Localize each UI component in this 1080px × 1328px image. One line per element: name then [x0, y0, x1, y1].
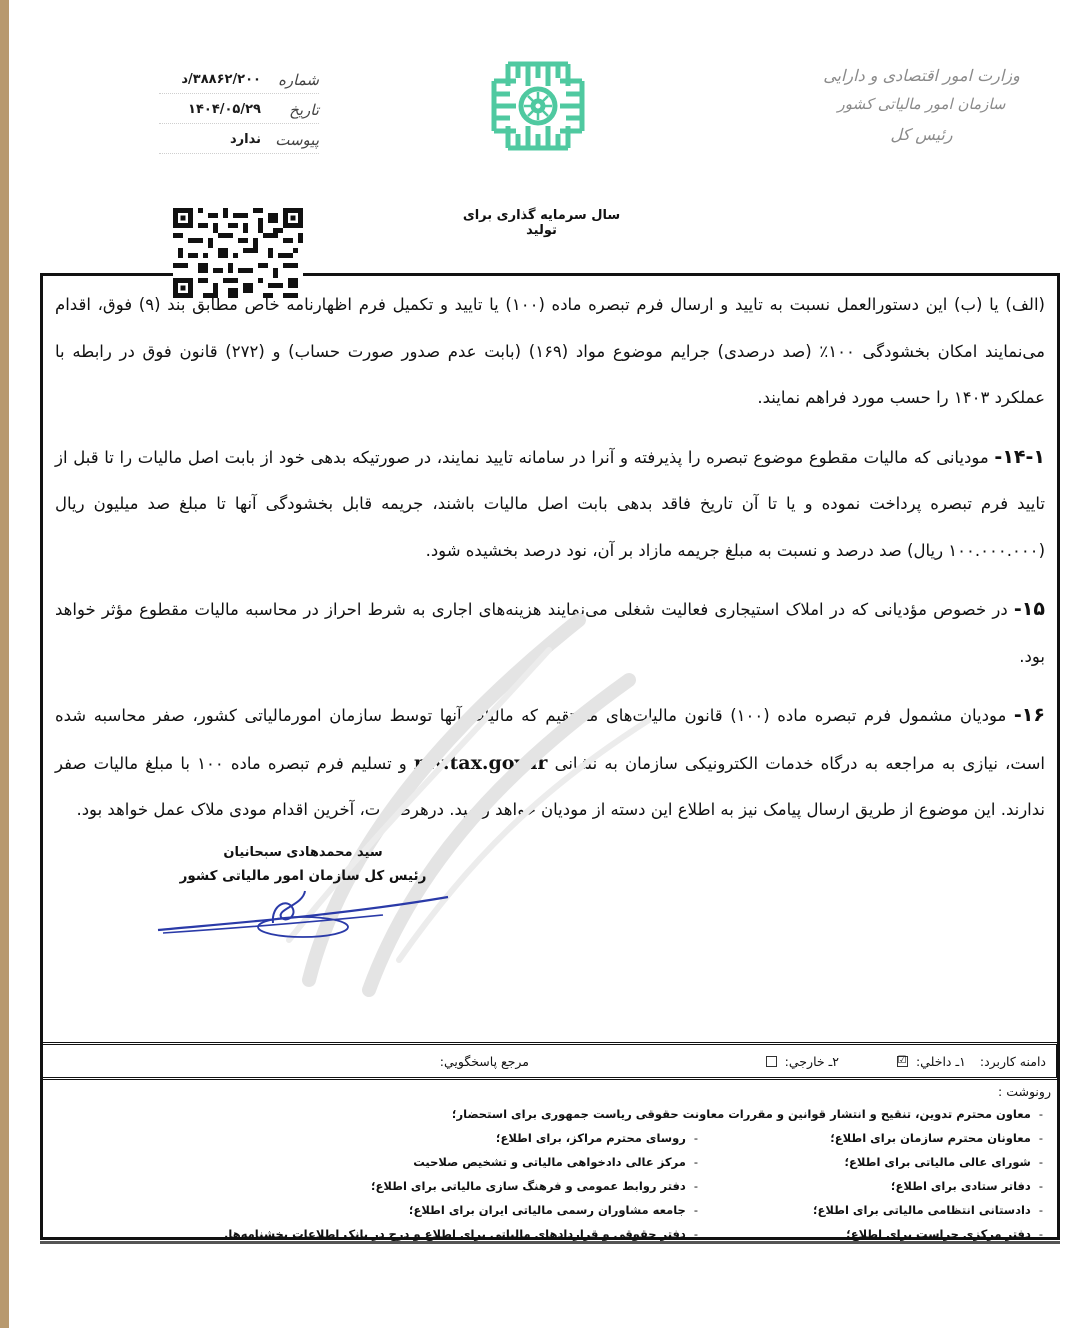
letter-body: (الف) یا (ب) این دستورالعمل نسبت به تایی…: [55, 282, 1045, 846]
response-reference: مرجع پاسخگويي:: [43, 1045, 539, 1077]
checkbox-checked-icon[interactable]: ☑: [897, 1056, 908, 1067]
usage-domain-row: دامنه کاربرد: ۱ـ داخلي: ☑ ۲ـ خارجي: مرجع…: [43, 1042, 1057, 1080]
cc-item: -معاون محترم تدوین، تنقیح و انتشار قوانی…: [43, 1103, 1043, 1125]
office-name: رئیس کل: [814, 125, 1029, 144]
organization-name: سازمان امور مالیاتی کشور: [814, 95, 1029, 113]
usage-external-label: ۲ـ خارجي:: [785, 1054, 839, 1069]
letter-number-label: شماره: [273, 71, 319, 89]
signature-block: سید محمدهادی سبحانیان رئیس کل سازمان امو…: [153, 845, 453, 884]
usage-domain: دامنه کاربرد: ۱ـ داخلي: ☑ ۲ـ خارجي:: [539, 1045, 1057, 1077]
letter-page: شماره ۳۸۸۶۲/۲۰۰/د تاریخ ۱۴۰۴/۰۵/۲۹ پیوست…: [9, 0, 1080, 1328]
carbon-copy-section: رونوشت : -معاون محترم تدوین، تنقیح و انت…: [43, 1084, 1057, 1245]
cc-item: -مرکز عالی دادخواهی مالیاتی و تشخیص صلاح…: [43, 1151, 698, 1173]
cc-item: -روسای محترم مراکز، برای اطلاع؛: [43, 1127, 698, 1149]
letter-date-label: تاریخ: [273, 101, 319, 119]
usage-internal-option[interactable]: ۱ـ داخلي: ☑: [897, 1054, 966, 1069]
carbon-copy-title: رونوشت :: [43, 1084, 1057, 1099]
letter-number-row: شماره ۳۸۸۶۲/۲۰۰/د: [159, 66, 319, 94]
year-slogan: سال سرمایه گذاری برای تولید: [454, 208, 629, 238]
paragraph-text: (الف) یا (ب) این دستورالعمل نسبت به تایی…: [55, 295, 1045, 407]
paragraph-text: مودیانی که مالیات مقطوع موضوع تبصره را پ…: [55, 448, 1045, 560]
paragraph-14-1: ۱۴-۱- مودیانی که مالیات مقطوع موضوع تبصر…: [55, 434, 1045, 575]
cc-item: -دادستانی انتظامی مالیاتی برای اطلاع؛: [698, 1199, 1043, 1221]
letter-date-row: تاریخ ۱۴۰۴/۰۵/۲۹: [159, 96, 319, 124]
cc-item: -دفتر مرکزی حراست برای اطلاع؛: [698, 1223, 1043, 1245]
cc-item: -دفاتر ستادی برای اطلاع؛: [698, 1175, 1043, 1197]
paragraph-15: ۱۵- در خصوص مؤدیانی که در املاک استیجاری…: [55, 586, 1045, 680]
letter-metadata: شماره ۳۸۸۶۲/۲۰۰/د تاریخ ۱۴۰۴/۰۵/۲۹ پیوست…: [159, 66, 319, 156]
cc-item: -دفتر حقوقی و قراردادهای مالیاتی برای اط…: [43, 1223, 698, 1245]
usage-external-option[interactable]: ۲ـ خارجي:: [766, 1054, 839, 1069]
ministry-heading: وزارت امور اقتصادی و دارایی سازمان امور …: [814, 66, 1029, 144]
paragraph-continuation: (الف) یا (ب) این دستورالعمل نسبت به تایی…: [55, 282, 1045, 422]
letter-attachment-value: ندارد: [230, 132, 261, 147]
paragraph-number: ۱۶-: [1014, 704, 1045, 726]
letter-attachment-row: پیوست ندارد: [159, 126, 319, 154]
qr-code-icon: [173, 208, 303, 298]
response-reference-label: مرجع پاسخگويي:: [440, 1054, 529, 1069]
paragraph-text: در خصوص مؤدیانی که در املاک استیجاری فعا…: [55, 600, 1045, 666]
checkbox-empty-icon[interactable]: [766, 1056, 777, 1067]
letter-date-value: ۱۴۰۴/۰۵/۲۹: [188, 102, 261, 117]
cc-item: -جامعه مشاوران رسمی مالیاتی ایران برای ا…: [43, 1199, 698, 1221]
letter-body-frame: (الف) یا (ب) این دستورالعمل نسبت به تایی…: [40, 273, 1060, 1240]
ministry-name: وزارت امور اقتصادی و دارایی: [814, 66, 1029, 85]
tax-portal-link[interactable]: my.tax.gov.ir: [414, 752, 548, 774]
carbon-copy-list: -معاون محترم تدوین، تنقیح و انتشار قوانی…: [43, 1103, 1057, 1245]
paragraph-number: ۱۴-۱-: [994, 446, 1045, 468]
cc-item: -دفتر روابط عمومی و فرهنگ سازی مالیاتی ب…: [43, 1175, 698, 1197]
paragraph-16: ۱۶- مودیان مشمول فرم تبصره ماده (۱۰۰) قا…: [55, 692, 1045, 834]
tax-organization-logo-icon: [487, 56, 589, 156]
handwritten-signature-icon: [153, 875, 453, 945]
letter-number-value: ۳۸۸۶۲/۲۰۰/د: [181, 72, 261, 87]
usage-domain-label: دامنه کاربرد:: [980, 1054, 1046, 1069]
usage-internal-label: ۱ـ داخلي:: [916, 1054, 966, 1069]
signatory-name: سید محمدهادی سبحانیان: [153, 845, 453, 860]
cc-item: -معاونان محترم سازمان برای اطلاع؛: [698, 1127, 1043, 1149]
paragraph-number: ۱۵-: [1014, 598, 1045, 620]
cc-item: -شورای عالی مالیاتی برای اطلاع؛: [698, 1151, 1043, 1173]
letter-attachment-label: پیوست: [273, 131, 319, 149]
scan-edge-strip: [0, 0, 9, 1328]
